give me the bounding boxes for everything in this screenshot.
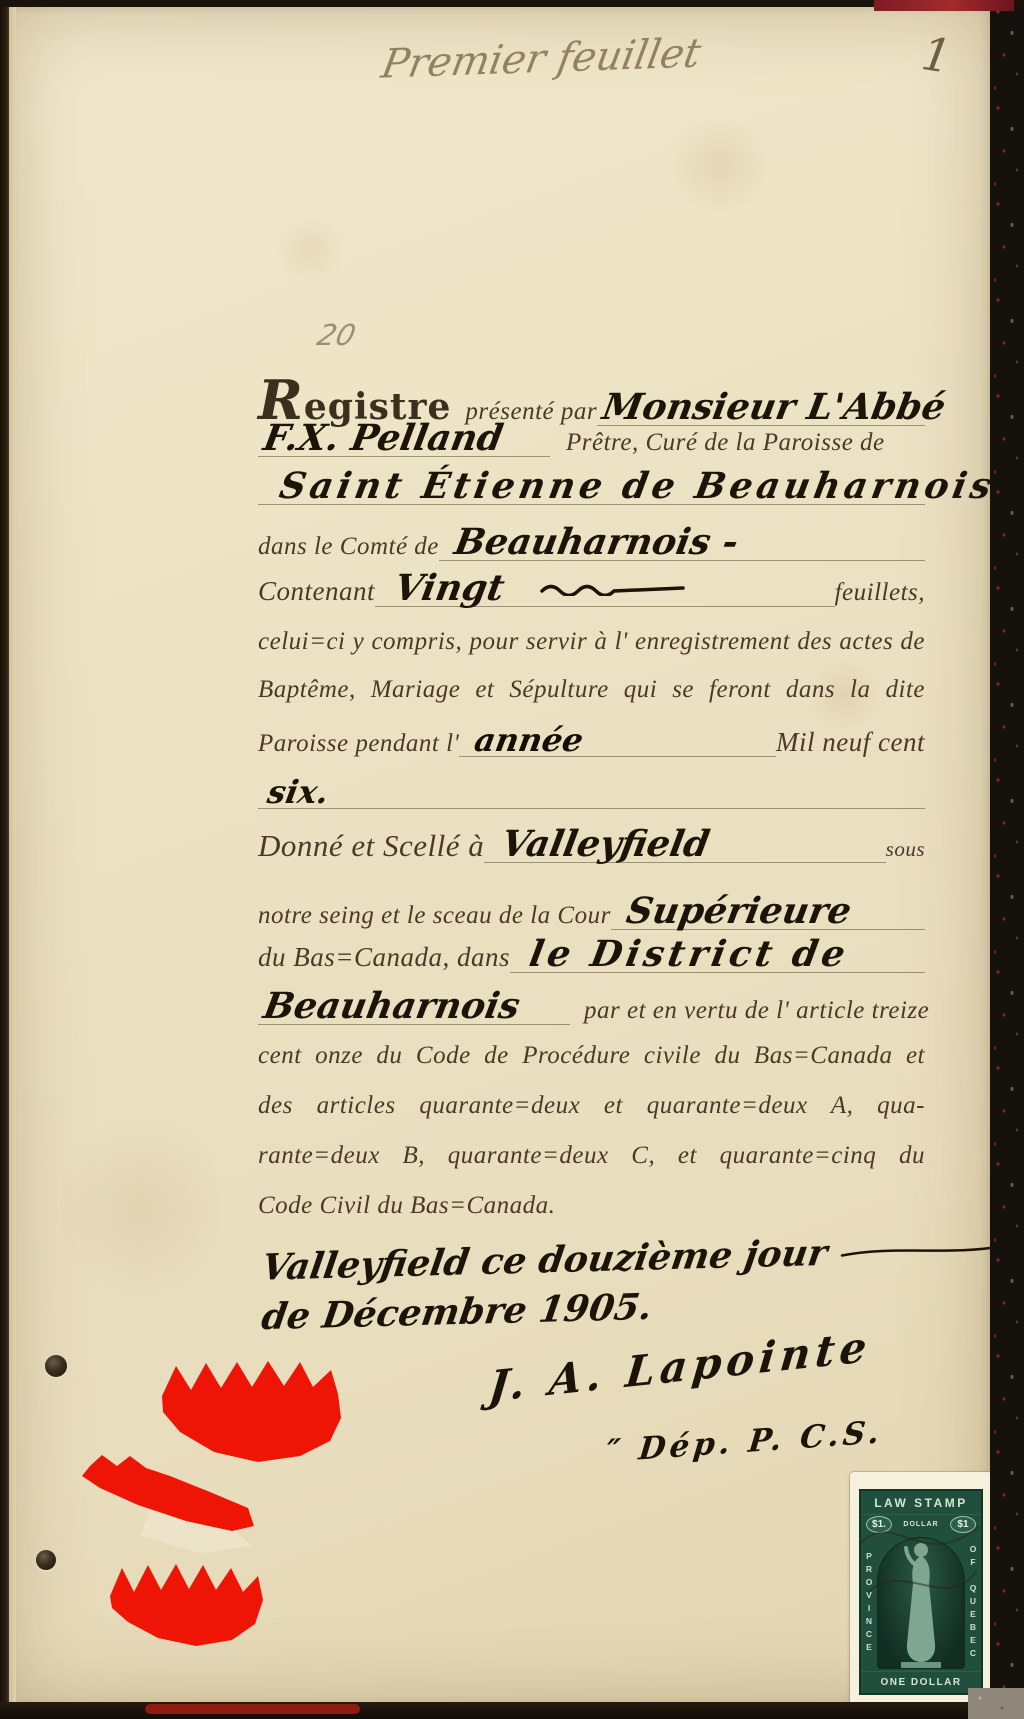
blank-district: le District de [510, 936, 925, 973]
handwritten-annee: année [463, 724, 587, 756]
line-compris: celui=ci y compris, pour servir à l' enr… [258, 628, 925, 656]
line-seing: notre seing et le sceau de la Cour Supér… [258, 893, 925, 930]
line-bapteme: Baptême, Mariage et Sépulture qui se fer… [258, 676, 925, 704]
blank-annee: année [459, 724, 776, 757]
printed-rante: rante=deux B, quarante=deux C, et quaran… [258, 1142, 925, 1170]
printed-code-civil: Code Civil du Bas=Canada. [258, 1192, 555, 1220]
line-contenant: Contenant Vingt feuillets, [258, 570, 925, 607]
printed-bas-canada: du Bas=Canada, dans [258, 942, 510, 973]
law-stamp: LAW STAMP $1. DOLLAR $1 PROVINCE OF QUEB… [850, 1472, 992, 1715]
torn-paper-edge [9, 0, 16, 1719]
handwritten-lieu: Valleyfield [487, 826, 712, 862]
marbled-cover-edge [990, 0, 1024, 1719]
pen-flourish-icon [839, 1239, 1004, 1261]
red-cover-corner [874, 0, 1014, 11]
red-seal-residue [145, 1704, 360, 1714]
handwritten-paroisse: Saint Étienne de Beauharnois [261, 468, 998, 504]
printed-pendant: Paroisse pendant l' [258, 730, 459, 758]
handwritten-six: six. [261, 776, 331, 808]
printed-dans-comte: dans le Comté de [258, 533, 439, 561]
book-edge-top [0, 0, 1024, 7]
printed-seing: notre seing et le sceau de la Cour [258, 902, 611, 930]
line-date: de Décembre 1905. [262, 1289, 653, 1335]
line-code-civil: Code Civil du Bas=Canada. [258, 1192, 925, 1220]
printed-compris: celui=ci y compris, pour servir à l' enr… [258, 628, 925, 656]
book-edge-left [0, 0, 9, 1719]
scanned-register-page: Premier feuillet 1 20 Registre présenté … [0, 0, 1024, 1719]
handwritten-nb-feuillets: Vingt [378, 570, 507, 606]
handwritten-district-nom: Beauharnois [261, 988, 523, 1024]
printed-donne: Donné et Scellé à [258, 828, 484, 864]
line-district-nom: Beauharnois par et en vertu de l' articl… [258, 988, 925, 1025]
printed-bapteme: Baptême, Mariage et Sépulture qui se fer… [258, 676, 925, 704]
printed-vertu: par et en vertu de l' article treize [584, 997, 929, 1025]
printed-feuillets: feuillets, [835, 579, 925, 607]
ink-flourish-icon [538, 580, 688, 596]
printed-contenant: Contenant [258, 576, 375, 607]
blank-comte: Beauharnois - [439, 524, 925, 561]
blank-paroisse: Saint Étienne de Beauharnois [258, 468, 925, 505]
cancellation-ink-icon [850, 1472, 992, 1715]
blank-lieu: Valleyfield [484, 826, 885, 863]
line-donne: Donné et Scellé à Valleyfield sous [258, 826, 925, 864]
line-six: six. [258, 776, 925, 809]
line-cure-name: F.X. Pelland Prêtre, Curé de la Paroisse… [258, 420, 925, 457]
line-district: du Bas=Canada, dans le District de [258, 936, 925, 973]
line-rante: rante=deux B, quarante=deux C, et quaran… [258, 1142, 925, 1170]
blank-six: six. [258, 776, 925, 809]
handwritten-cour: Supérieure [614, 893, 854, 929]
handwritten-comte: Beauharnois - [442, 524, 741, 560]
line-paroisse: Saint Étienne de Beauharnois [258, 468, 925, 505]
handwritten-cure-name: F.X. Pelland [261, 420, 506, 456]
punch-hole [36, 1550, 56, 1570]
blank-cure-name: F.X. Pelland [258, 420, 550, 457]
printed-pretre-cure: Prêtre, Curé de la Paroisse de [566, 429, 885, 457]
printed-mil-neuf-cent: Mil neuf cent [776, 727, 925, 758]
blank-district-nom: Beauharnois [258, 988, 570, 1025]
printed-sous: sous [886, 837, 925, 862]
punch-hole [45, 1355, 67, 1377]
marbled-corner [968, 1688, 1024, 1719]
printed-cent-onze: cent onze du Code de Procédure civile du… [258, 1042, 925, 1070]
blank-feuillets: Vingt [375, 570, 835, 607]
line-articles: des articles quarante=deux et quarante=d… [258, 1092, 925, 1120]
printed-articles: des articles quarante=deux et quarante=d… [258, 1092, 925, 1120]
handwritten-date: de Décembre 1905. [259, 1289, 654, 1335]
blank-cour: Supérieure [611, 893, 925, 930]
line-annee: Paroisse pendant l' année Mil neuf cent [258, 724, 925, 758]
line-comte: dans le Comté de Beauharnois - [258, 524, 925, 561]
line-cent-onze: cent onze du Code de Procédure civile du… [258, 1042, 925, 1070]
handwritten-district: le District de [513, 936, 852, 972]
